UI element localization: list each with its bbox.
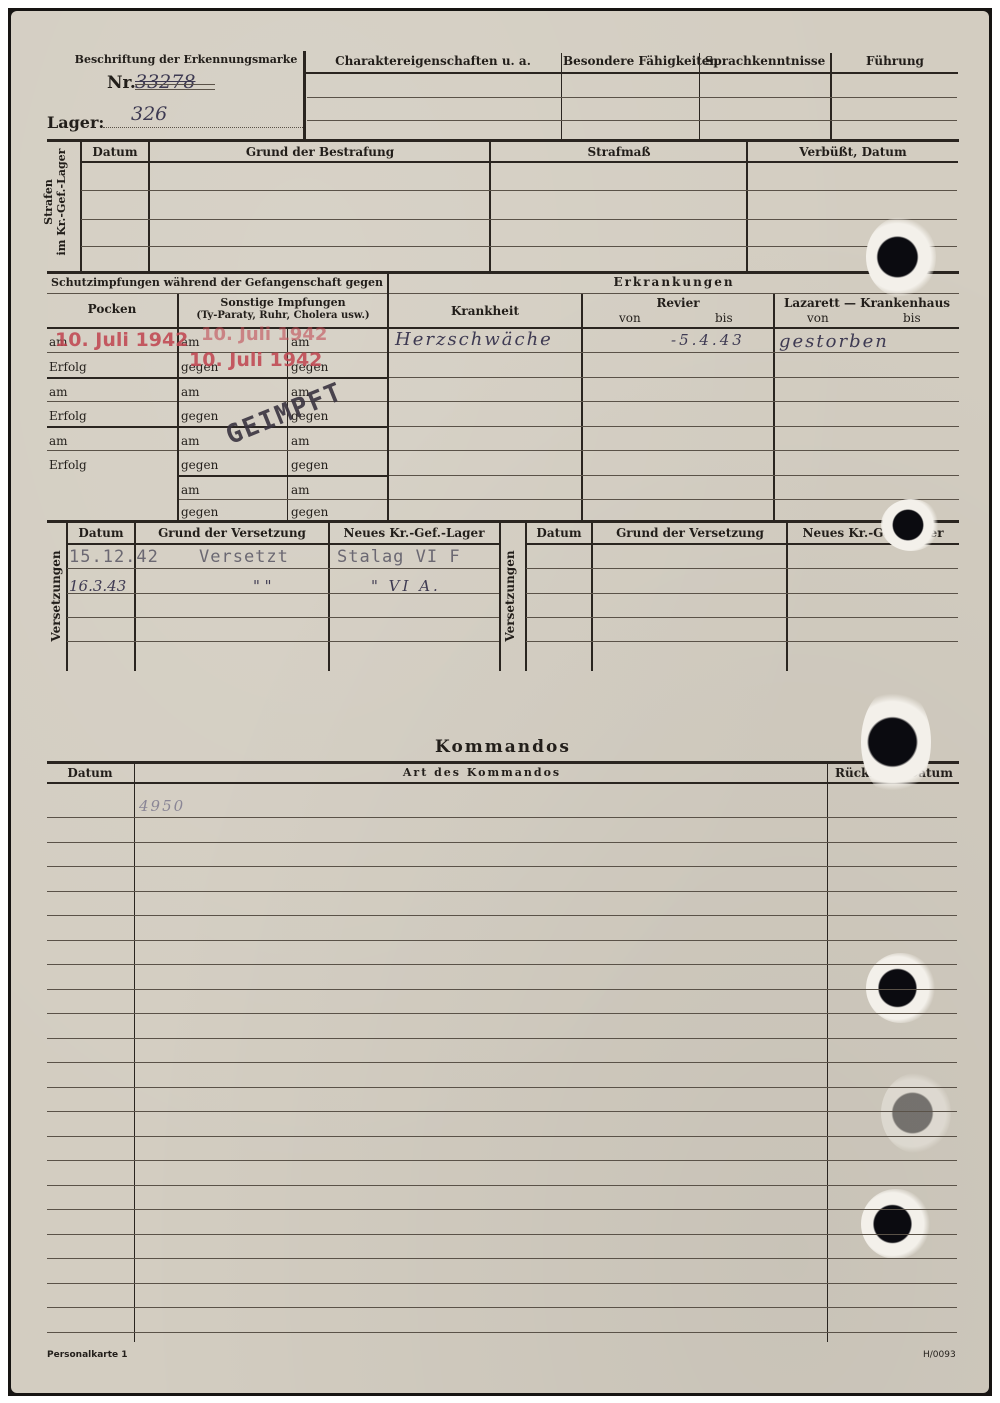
kommando-1-art: 4950 — [139, 797, 185, 815]
vacc-row-line — [47, 426, 177, 428]
transfers-col-datum-right: Datum — [527, 526, 591, 540]
vacc-row-line — [179, 499, 387, 500]
sonstige-date-stamp-2: 10. Juli 1942 — [189, 349, 322, 371]
punishments-col-verbuesst: Verbüßt, Datum — [748, 145, 958, 159]
kommandos-row-line — [47, 1209, 957, 1210]
ill-row-line — [389, 475, 959, 476]
geimpft-stamp: GEIMPFT — [222, 377, 348, 451]
section-rule — [47, 271, 959, 274]
sonstige-a-gegen-2: gegen — [181, 409, 218, 423]
kommandos-top-rule — [47, 761, 959, 764]
ill-row-line — [389, 352, 959, 353]
transfer-1-datum: 15.12.42 — [69, 547, 159, 567]
transfers-row-line — [526, 593, 958, 594]
transfers-row-line — [526, 568, 958, 569]
traits-divider — [561, 53, 562, 139]
vacc-row-line — [47, 377, 177, 379]
sonstige-a-am-3: am — [181, 434, 200, 448]
pocken-erfolg-2: Erfolg — [49, 409, 87, 423]
sonstige-a-gegen-3: gegen — [181, 458, 218, 472]
punishments-side-label-2: im Kr.-Gef.-Lager — [55, 149, 68, 256]
kommandos-row-line — [47, 842, 957, 843]
kommandos-heading: Kommandos — [47, 737, 959, 757]
kommandos-row-line — [47, 1087, 957, 1088]
sonstige-a-gegen-4: gegen — [181, 505, 218, 519]
ill-row-line — [389, 426, 959, 427]
traits-col-charakter: Charaktereigenschaften u. a. — [307, 54, 559, 68]
punishments-header-rule — [80, 161, 958, 163]
section-rule — [47, 520, 959, 523]
hole-damage — [861, 1189, 931, 1259]
ill-col-lazarett: Lazarett — Krankenhaus — [775, 296, 959, 310]
pocken-am-3: am — [49, 434, 68, 448]
punishments-col-grund: Grund der Bestrafung — [150, 145, 490, 159]
transfers-divider — [591, 523, 593, 671]
kommandos-row-line — [47, 1307, 957, 1308]
kommandos-header-rule — [47, 782, 959, 784]
ill-row-line — [389, 450, 959, 451]
kommandos-row-line — [47, 1234, 957, 1235]
transfers-row-line — [67, 568, 499, 569]
lager-label: Lager: — [47, 113, 104, 132]
kommandos-row-line — [47, 1038, 957, 1039]
punishments-side-label-1: Strafen — [42, 179, 55, 225]
transfers-header-rule — [66, 543, 499, 545]
kommandos-col-datum: Datum — [47, 766, 133, 780]
pocken-am-2: am — [49, 385, 68, 399]
vacc-col-sonstige-sub: (Ty-Paraty, Ruhr, Cholera usw.) — [179, 310, 387, 321]
transfers-col-grund-right: Grund der Versetzung — [593, 526, 787, 540]
id-tag-heading: Beschriftung der Erkennungsmarke — [66, 53, 306, 66]
traits-row-line — [307, 120, 957, 121]
transfer-1-lager: Stalag VI F — [337, 547, 461, 567]
transfers-divider — [786, 523, 788, 671]
kommandos-row-line — [47, 1332, 957, 1333]
transfers-side-label-left: Versetzungen — [49, 541, 63, 651]
ill-row-line — [389, 401, 959, 402]
punishments-col-strafmass: Strafmaß — [491, 145, 747, 159]
kommandos-row-line — [47, 1111, 957, 1112]
vacc-row-line — [179, 475, 387, 477]
sonstige-b-am-3: am — [291, 434, 310, 448]
pocken-erfolg-1: Erfolg — [49, 360, 87, 374]
nr-label: Nr. — [107, 73, 136, 93]
traits-divider — [699, 53, 700, 139]
transfer-2-lager: " VI A. — [371, 577, 441, 595]
sonstige-b-gegen-4: gegen — [291, 505, 328, 519]
transfer-1-grund: Versetzt — [199, 547, 289, 567]
lager-value: 326 — [131, 103, 167, 125]
kommandos-row-line — [47, 964, 957, 965]
vacc-col-pocken: Pocken — [47, 302, 177, 316]
vacc-row-line — [179, 450, 387, 451]
sonstige-date-stamp-1: 10. Juli 1942 — [201, 324, 327, 345]
transfers-col-grund-left: Grund der Versetzung — [136, 526, 328, 540]
ill-revier-von: von — [619, 311, 641, 325]
kommandos-row-line — [47, 891, 957, 892]
transfers-row-line — [67, 617, 499, 618]
traits-divider — [830, 53, 832, 139]
kommandos-row-line — [47, 1283, 957, 1284]
pocken-erfolg-3: Erfolg — [49, 458, 87, 472]
vaccinations-heading: Schutzimpfungen während der Gefangenscha… — [47, 276, 387, 289]
traits-col-sprachen: Sprachkenntnisse — [701, 54, 829, 68]
form-name: Personalkarte 1 — [47, 1350, 128, 1360]
ill-col-krankheit: Krankheit — [389, 304, 581, 318]
traits-col-fuehrung: Führung — [833, 54, 957, 68]
ill-row-line — [389, 499, 959, 500]
transfers-row-line — [526, 641, 958, 642]
transfers-col-datum-left: Datum — [68, 526, 134, 540]
lager-dotted-line — [103, 127, 303, 128]
kommandos-divider — [134, 764, 135, 1342]
kommandos-row-line — [47, 866, 957, 867]
ill-entry-krankheit: Herzschwäche — [395, 329, 553, 350]
ill-row-line — [389, 377, 959, 378]
vacc-row-line — [179, 377, 387, 379]
vacc-heading-line — [47, 293, 387, 294]
ill-lazarett-von: von — [807, 311, 829, 325]
transfers-col-lager-left: Neues Kr.-Gef.-Lager — [330, 526, 498, 540]
kommandos-row-line — [47, 915, 957, 916]
form-code: H/0093 — [923, 1350, 956, 1360]
punishments-col-datum: Datum — [82, 145, 148, 159]
punishments-row-line — [81, 246, 957, 247]
hole-damage — [861, 687, 931, 797]
transfers-divider — [134, 523, 136, 671]
transfers-divider — [525, 523, 527, 671]
transfers-divider — [66, 523, 68, 671]
sonstige-b-am-4: am — [291, 483, 310, 497]
kommandos-row-line — [47, 1062, 957, 1063]
sonstige-b-gegen-3: gegen — [291, 458, 328, 472]
ill-lazarett-bis: bis — [903, 311, 921, 325]
kommandos-divider — [827, 764, 828, 1342]
vacc-col-sonstige: Sonstige Impfungen — [179, 296, 387, 309]
hole-damage — [881, 499, 941, 551]
kommandos-row-line — [47, 1185, 957, 1186]
transfers-row-line — [67, 641, 499, 642]
sonstige-a-am-2: am — [181, 385, 200, 399]
ill-col-revier: Revier — [583, 296, 773, 310]
vacc-row-line — [47, 352, 177, 353]
section-rule — [47, 139, 959, 142]
kommandos-row-line — [47, 940, 957, 941]
ill-entry-lazarett: gestorben — [779, 331, 889, 352]
sonstige-a-am-4: am — [181, 483, 200, 497]
vacc-row-line — [47, 401, 177, 402]
kommandos-row-line — [47, 817, 957, 818]
personalkarte: Beschriftung der Erkennungsmarke Nr. 332… — [11, 11, 989, 1393]
kommandos-row-line — [47, 989, 957, 990]
kommandos-row-line — [47, 1160, 957, 1161]
kommandos-col-art: Art des Kommandos — [136, 766, 828, 779]
illnesses-heading-line — [389, 293, 959, 294]
punishments-row-line — [81, 219, 957, 220]
ill-entry-revier: -5.4.43 — [671, 331, 745, 349]
transfers-row-line — [526, 617, 958, 618]
traits-header-rule — [306, 72, 958, 74]
pocken-date-stamp: 10. Juli 1942 — [55, 329, 188, 351]
hole-damage — [866, 217, 936, 297]
vacc-row-line — [47, 450, 177, 451]
traits-col-faehigkeiten: Besondere Fähigkeiten — [563, 54, 699, 68]
kommandos-row-line — [47, 1136, 957, 1137]
kommandos-row-line — [47, 1258, 957, 1259]
transfers-divider — [499, 523, 501, 671]
nr-lines — [135, 84, 215, 90]
hole-damage — [881, 1073, 951, 1153]
traits-left-border — [303, 51, 306, 139]
transfers-divider — [328, 523, 330, 671]
transfer-2-datum: 16.3.43 — [69, 577, 126, 595]
transfers-side-label-right: Versetzungen — [503, 541, 517, 651]
transfer-2-grund: " " — [253, 577, 272, 595]
punishments-side-label: Strafen im Kr.-Gef.-Lager — [42, 147, 68, 257]
punishments-row-line — [81, 190, 957, 191]
ill-revier-bis: bis — [715, 311, 733, 325]
traits-row-line — [307, 97, 957, 98]
kommandos-row-line — [47, 1013, 957, 1014]
